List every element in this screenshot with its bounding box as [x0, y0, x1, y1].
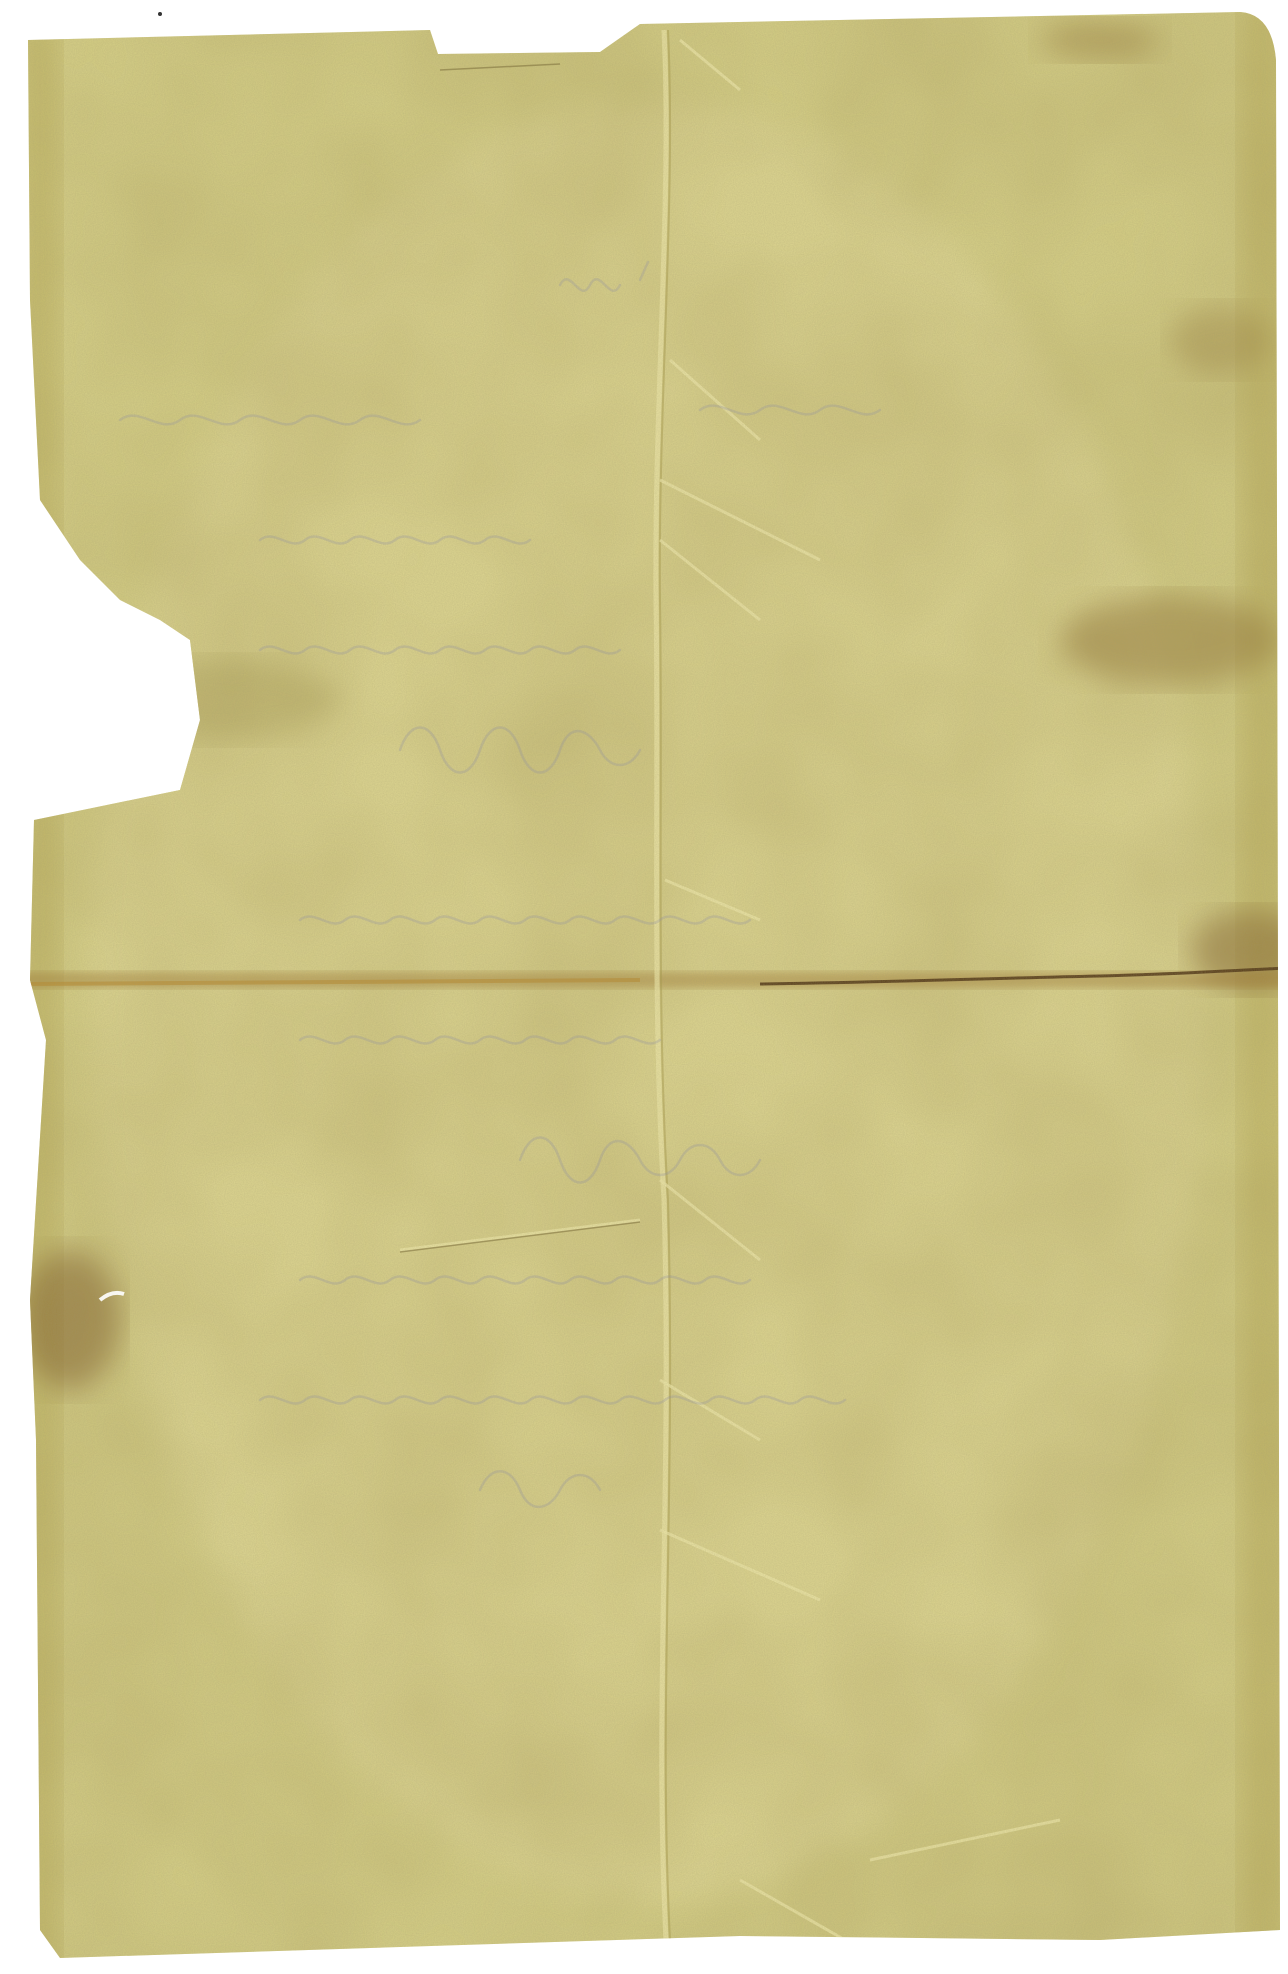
faint-ink-strokes [0, 0, 1288, 1974]
aged-paper-document [0, 0, 1288, 1974]
